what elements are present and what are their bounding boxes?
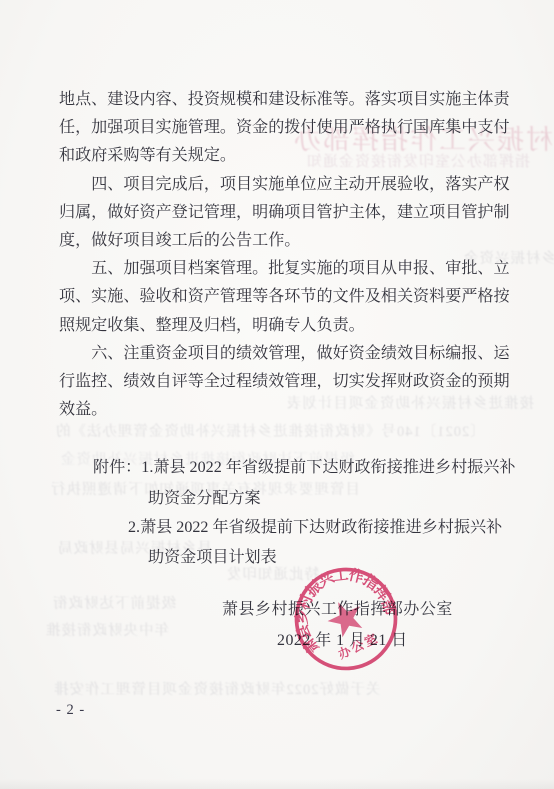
body-text-line: 照规定收集、整理及归档，明确专人负责。 [59, 312, 514, 340]
attachment-line: 2.萧县 2022 年省级提前下达财政衔接推进乡村振兴补 [128, 513, 502, 537]
official-seal: 萧县乡村振兴工作指挥部 办公室 [279, 553, 413, 687]
body-text-line: 度，做好项目竣工后的公告工作。 [59, 227, 514, 255]
attachment-line: 助资金分配方案 [148, 484, 261, 508]
body-text-line: 六、注重资金项目的绩效管理，做好资金绩效目标编报、运 [59, 340, 514, 368]
body-text-line: 效益。 [59, 396, 514, 424]
body-text-line: 行监控、绩效自评等全过程绩效管理，切实发挥财政资金的预期 [59, 368, 514, 396]
body-text-line: 和政府采购等有关规定。 [59, 142, 514, 170]
page-number: - 2 - [56, 702, 85, 719]
body-text-line: 项、实施、验收和资产管理等各环节的文件及相关资料要严格按 [59, 283, 514, 311]
body-text-line: 归属，做好资产登记管理，明确项目管护主体，建立项目管护制 [59, 199, 514, 227]
scan-edge-shade [0, 779, 554, 789]
body-text-line: 地点、建设内容、投资规模和建设标准等。落实项目实施主体责 [59, 86, 514, 114]
bleedthrough-line: 年中央财政衔接推 [45, 619, 169, 640]
scanned-document-page: 萧县乡村振兴工作指挥部办 指挥部办公室印发衔接资金通知 乡村振兴资金 接推进乡村… [0, 0, 554, 789]
bleedthrough-line: 级提前下达财政衔 [52, 592, 176, 613]
body-text: 地点、建设内容、投资规模和建设标准等。落实项目实施主体责任，加强项目实施管理。资… [59, 86, 514, 424]
attachment-line: 附件：1.萧县 2022 年省级提前下达财政衔接推进乡村振兴补 [93, 453, 515, 477]
body-text-line: 四、项目完成后，项目实施单位应主动开展验收，落实产权 [59, 171, 514, 199]
body-text-line: 五、加强项目档案管理。批复实施的项目从申报、审批、立 [59, 255, 514, 283]
body-text-line: 任，加强项目实施管理。资金的拨付使用严格执行国库集中支付 [59, 114, 514, 142]
attachment-line: 助资金项目计划表 [148, 543, 277, 567]
seal-star-icon [322, 595, 368, 640]
